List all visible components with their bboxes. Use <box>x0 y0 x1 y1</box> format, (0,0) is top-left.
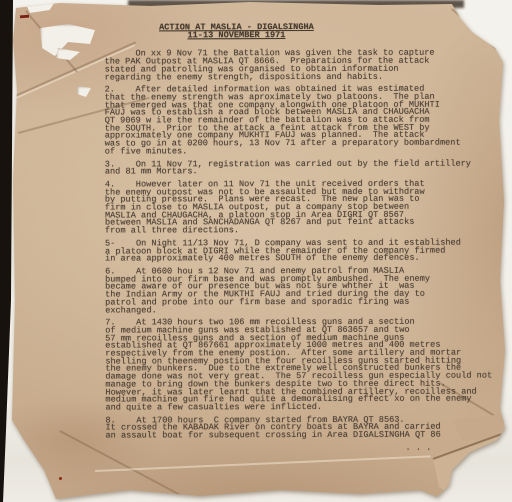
torn-edge-notch <box>24 0 56 13</box>
fold-crease <box>456 466 497 499</box>
paragraph-3: 3. On 11 Nov 71, registration was carrie… <box>105 160 511 176</box>
scanned-document: ACTION AT MASLIA - DIGALSINGHA 11-13 NOV… <box>0 0 512 502</box>
paragraph-4: 4. However later on 11 Nov 71 the unit r… <box>105 180 511 235</box>
paragraph-8: 8. At 1700 hours C company started from … <box>105 416 511 440</box>
paper-sheet: ACTION AT MASLIA - DIGALSINGHA 11-13 NOV… <box>0 0 512 502</box>
crease-line <box>95 455 431 471</box>
red-pen-mark <box>20 15 29 19</box>
document-title: ACTION AT MASLIA - DIGALSINGHA 11-13 NOV… <box>148 24 324 40</box>
typewritten-text: ACTION AT MASLIA - DIGALSINGHA 11-13 NOV… <box>104 23 511 453</box>
trailing-dots: . . . <box>106 444 512 453</box>
paper-wrap: ACTION AT MASLIA - DIGALSINGHA 11-13 NOV… <box>0 0 512 502</box>
paragraph-5: 5- On Night 11/13 Nov 71, D company was … <box>105 239 511 263</box>
title-line-2: 11-13 NOVEMBER 1971 <box>148 32 324 40</box>
red-speck <box>59 477 62 480</box>
paragraph-2: 2. After detailed information was obtain… <box>105 86 511 156</box>
torn-hole <box>77 86 91 97</box>
paragraph-6: 6. At 0600 hou s 12 Nov 71 and enemy pat… <box>105 267 511 314</box>
torn-hole <box>56 48 80 61</box>
paragraph-1: On xx 9 Nov 71 the Battalion was given t… <box>105 50 511 82</box>
paragraph-7: 7. At 1430 hours two 106 mm recoilless g… <box>105 319 511 413</box>
